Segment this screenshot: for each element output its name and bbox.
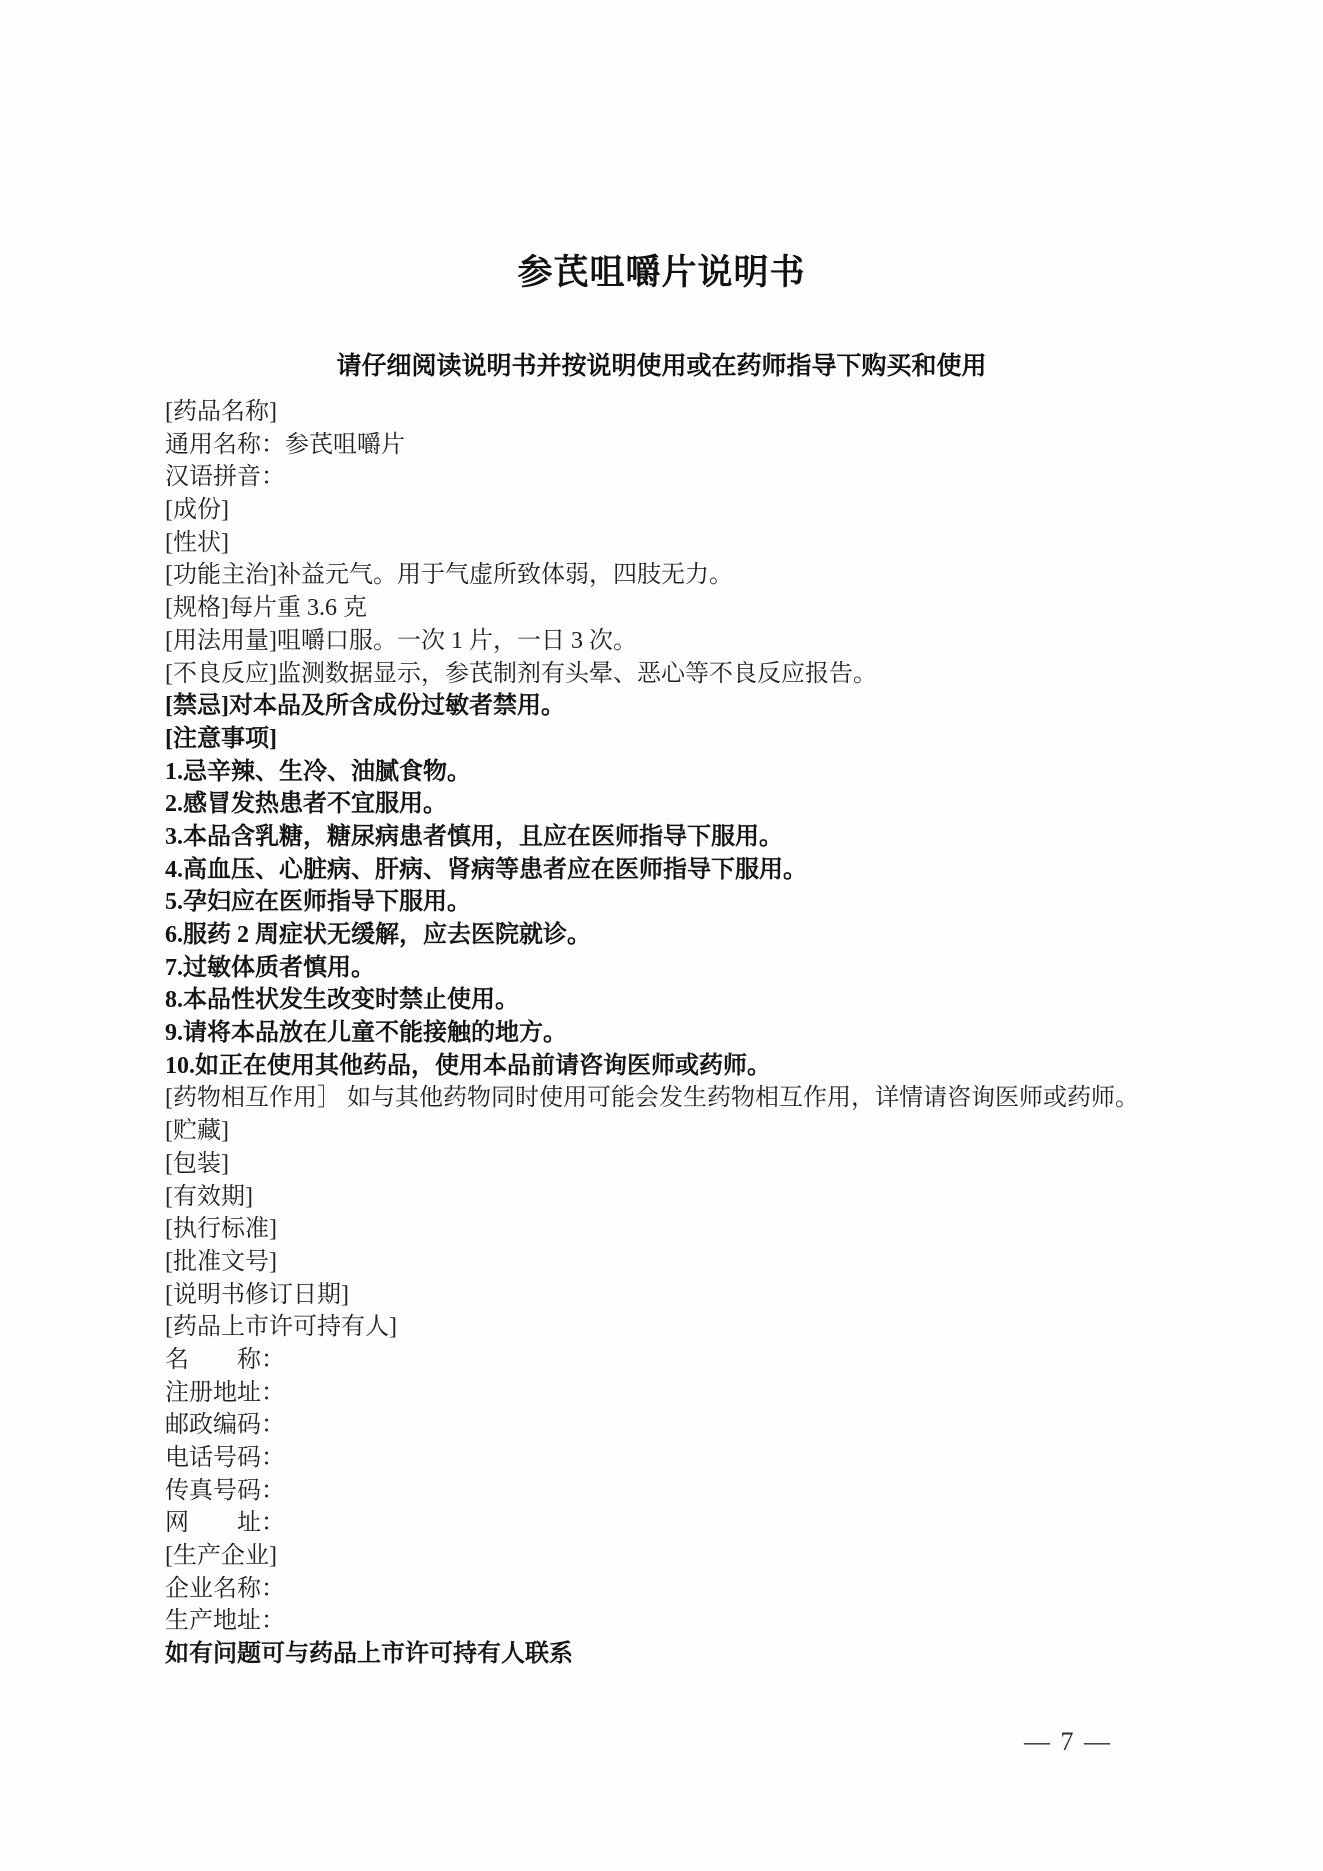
- document-line: 电话号码：: [165, 1442, 1175, 1475]
- document-line: 10.如正在使用其他药品，使用本品前请咨询医师或药师。: [165, 1050, 1175, 1083]
- document-line: 注册地址：: [165, 1377, 1175, 1410]
- document-line: 8.本品性状发生改变时禁止使用。: [165, 984, 1175, 1017]
- document-line: [不良反应]监测数据显示，参芪制剂有头晕、恶心等不良反应报告。: [165, 658, 1175, 691]
- document-line: 3.本品含乳糖，糖尿病患者慎用，且应在医师指导下服用。: [165, 821, 1175, 854]
- document-line: 1.忌辛辣、生冷、油腻食物。: [165, 756, 1175, 789]
- document-line: 传真号码：: [165, 1475, 1175, 1508]
- document-line: [执行标准]: [165, 1213, 1175, 1246]
- document-line: [禁忌]对本品及所含成份过敏者禁用。: [165, 690, 1175, 723]
- document-line: 如有问题可与药品上市许可持有人联系: [165, 1638, 1175, 1671]
- document-line: [包装]: [165, 1148, 1175, 1181]
- document-subtitle: 请仔细阅读说明书并按说明使用或在药师指导下购买和使用: [0, 346, 1323, 382]
- document-line: [性状]: [165, 527, 1175, 560]
- document-line: [规格]每片重 3.6 克: [165, 592, 1175, 625]
- document-body: [药品名称]通用名称：参芪咀嚼片汉语拼音：[成份][性状][功能主治]补益元气。…: [165, 396, 1175, 1671]
- document-line: [功能主治]补益元气。用于气虚所致体弱，四肢无力。: [165, 559, 1175, 592]
- document-line: 企业名称：: [165, 1573, 1175, 1606]
- document-line: 名 称：: [165, 1344, 1175, 1377]
- document-line: [药物相互作用］ 如与其他药物同时使用可能会发生药物相互作用，详情请咨询医师或药…: [165, 1082, 1175, 1115]
- page-number: — 7 —: [1008, 1727, 1128, 1757]
- document-line: [药品上市许可持有人]: [165, 1311, 1175, 1344]
- document-line: [成份]: [165, 494, 1175, 527]
- document-line: 2.感冒发热患者不宜服用。: [165, 788, 1175, 821]
- document-line: [说明书修订日期]: [165, 1279, 1175, 1312]
- document-line: [用法用量]咀嚼口服。一次 1 片，一日 3 次。: [165, 625, 1175, 658]
- document-line: [批准文号]: [165, 1246, 1175, 1279]
- document-line: [药品名称]: [165, 396, 1175, 429]
- document-line: 通用名称：参芪咀嚼片: [165, 429, 1175, 462]
- document-line: 邮政编码：: [165, 1409, 1175, 1442]
- document-line: 网 址：: [165, 1507, 1175, 1540]
- document-line: 4.高血压、心脏病、肝病、肾病等患者应在医师指导下服用。: [165, 854, 1175, 887]
- document-line: [生产企业]: [165, 1540, 1175, 1573]
- document-line: 汉语拼音：: [165, 461, 1175, 494]
- document-page: 参芪咀嚼片说明书 请仔细阅读说明书并按说明使用或在药师指导下购买和使用 [药品名…: [0, 0, 1323, 1871]
- document-line: 生产地址：: [165, 1605, 1175, 1638]
- document-line: 7.过敏体质者慎用。: [165, 952, 1175, 985]
- document-line: 9.请将本品放在儿童不能接触的地方。: [165, 1017, 1175, 1050]
- document-line: 6.服药 2 周症状无缓解，应去医院就诊。: [165, 919, 1175, 952]
- document-line: 5.孕妇应在医师指导下服用。: [165, 886, 1175, 919]
- document-title: 参芪咀嚼片说明书: [0, 245, 1323, 295]
- document-line: [贮藏]: [165, 1115, 1175, 1148]
- document-line: [注意事项]: [165, 723, 1175, 756]
- document-line: [有效期]: [165, 1181, 1175, 1214]
